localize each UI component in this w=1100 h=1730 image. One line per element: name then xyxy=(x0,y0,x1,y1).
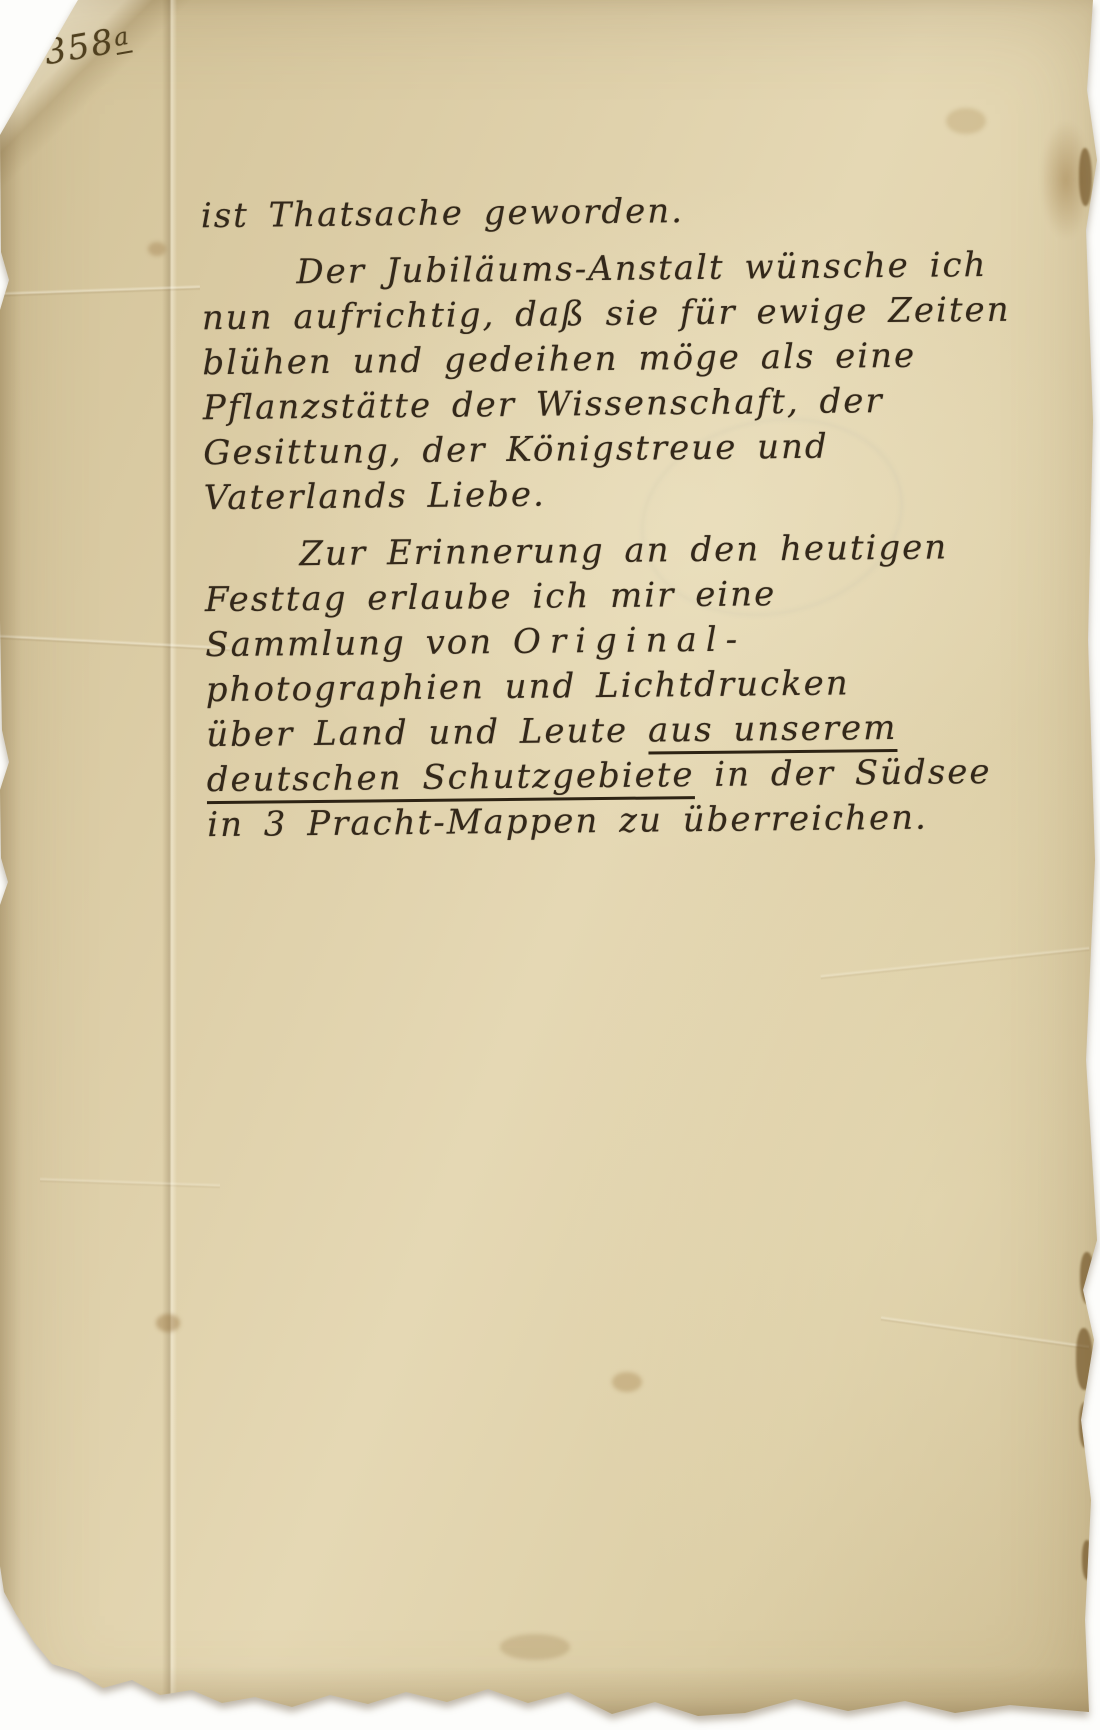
edge-tear-spot xyxy=(1082,1540,1093,1580)
manuscript-line: in 3 Pracht-Mappen zu überreichen. xyxy=(207,795,1007,848)
vertical-fold-crease xyxy=(162,0,177,1730)
line-text: Sammlung von xyxy=(205,622,513,665)
line-text-underlined: aus unserem xyxy=(648,708,898,755)
line-text-underlined: deutschen Schutzgebiete xyxy=(207,755,695,804)
line-text: in 3 Pracht-Mappen zu überreichen. xyxy=(207,798,928,846)
line-text: über Land und Leute xyxy=(206,711,648,756)
horizontal-crease xyxy=(0,634,230,652)
line-text: blühen und gedeihen möge als eine xyxy=(202,336,916,383)
edge-tear-spot xyxy=(1076,1328,1093,1390)
manuscript-line: Pflanzstätte der Wissenschaft, der xyxy=(203,378,1003,431)
manuscript-line: Vaterlands Liebe. xyxy=(204,468,1004,521)
horizontal-crease xyxy=(820,946,1089,980)
torn-bottom-edge-shade xyxy=(0,1666,1100,1724)
line-text: Vaterlands Liebe. xyxy=(204,475,546,519)
scanned-manuscript-scene: 358a ist Thatsache geworden. Der Jubiläu… xyxy=(0,0,1100,1730)
line-text-spread: Original- xyxy=(513,620,747,662)
paper-shadow-wrap: 358a ist Thatsache geworden. Der Jubiläu… xyxy=(0,0,1100,1730)
line-text: photographien und Lichtdrucken xyxy=(206,663,850,710)
foxing-spot xyxy=(612,1372,642,1392)
line-text: Festtag erlaube ich mir eine xyxy=(205,574,777,620)
edge-tear-spot xyxy=(1079,148,1092,206)
manuscript-line: Zur Erinnerung an den heutigen xyxy=(204,525,1004,578)
manuscript-text: ist Thatsache geworden. Der Jubiläums-An… xyxy=(201,186,1008,848)
manuscript-page: 358a ist Thatsache geworden. Der Jubiläu… xyxy=(0,0,1100,1730)
foxing-spot xyxy=(946,108,986,134)
edge-tear-spot xyxy=(1079,1402,1092,1448)
edge-tear-spot xyxy=(1080,1252,1095,1304)
left-edge-shade xyxy=(0,0,22,1730)
foxing-spot xyxy=(500,1634,570,1660)
line-text: Zur Erinnerung an den heutigen xyxy=(299,527,948,574)
horizontal-crease xyxy=(40,1177,220,1189)
manuscript-line: ist Thatsache geworden. xyxy=(201,186,1001,239)
line-text: in der Südsee xyxy=(694,752,991,795)
line-text: Pflanzstätte der Wissenschaft, der xyxy=(203,381,884,428)
line-text: nun aufrichtig, daß sie für ewige Zeiten xyxy=(202,290,1011,338)
foxing-spot xyxy=(148,242,166,256)
line-text: Der Jubiläums-Anstalt wünsche ich xyxy=(296,245,987,292)
foxing-spot xyxy=(156,1314,180,1332)
line-text: Gesittung, der Königstreue und xyxy=(203,427,829,474)
line-text: ist Thatsache geworden. xyxy=(201,191,685,236)
horizontal-crease xyxy=(881,1315,1090,1350)
